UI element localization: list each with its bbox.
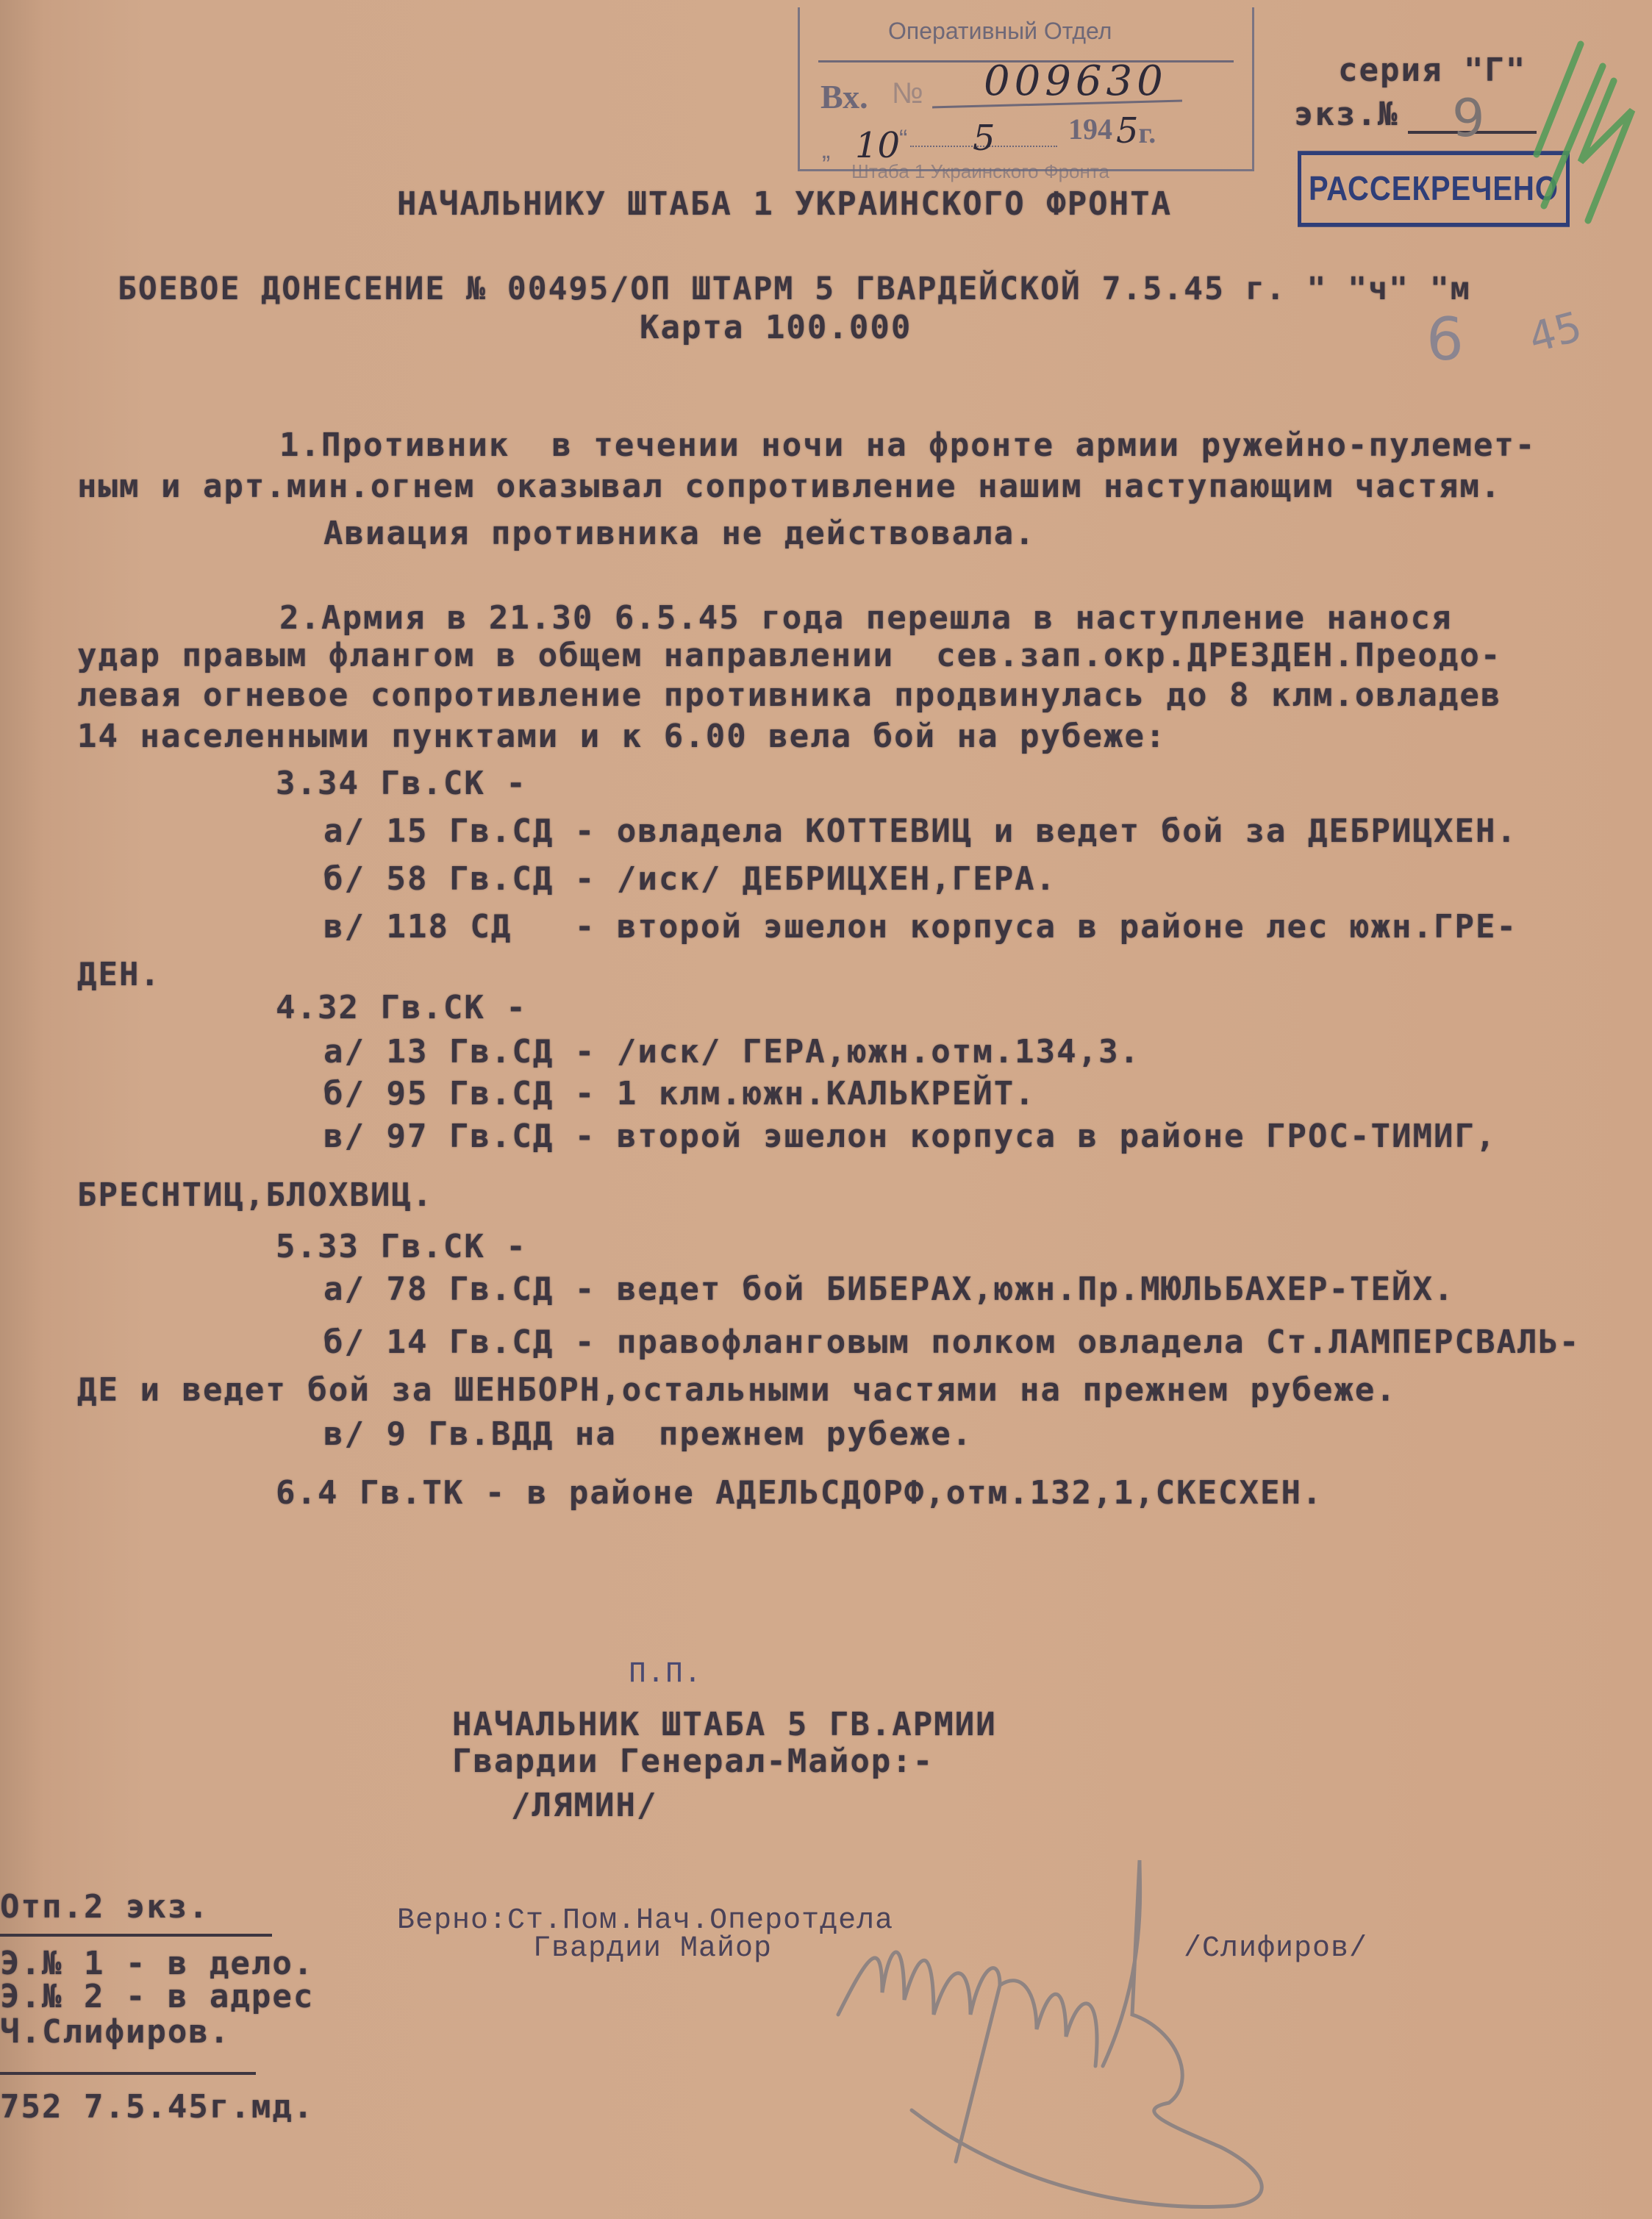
stamp-footer: Штаба 1 Украинского Фронта (851, 160, 1109, 183)
paragraph-2-line: удар правым флангом в общем направлении … (77, 637, 1501, 674)
paragraph-2-line: левая огневое сопротивление противника п… (77, 676, 1501, 714)
pp-mark: П.П. (629, 1658, 702, 1691)
tank-corps-line: 6.4 Гв.ТК - в районе АДЕЛЬСДОРФ,отм.132,… (276, 1474, 1323, 1512)
report-title: БОЕВОЕ ДОНЕСЕНИЕ № 00495/ОП ШТАРМ 5 ГВАР… (118, 271, 1471, 307)
paragraph-1-line: 1.Противник в течении ночи на фронте арм… (279, 426, 1536, 464)
paragraph-1-line: ным и арт.мин.огнем оказывал сопротивлен… (77, 468, 1501, 505)
footer-divider (0, 2072, 256, 2075)
copy-2-destination: Э.№ 2 - в адрес (0, 1978, 314, 2015)
copy-label: экз.№ (1294, 96, 1398, 133)
copy-1-destination: Э.№ 1 - в дело. (0, 1945, 314, 1982)
division-item-cont: ДЕН. (77, 956, 161, 993)
typist: Ч.Слифиров. (0, 2013, 230, 2051)
pencil-annotation-6: 6 (1426, 305, 1464, 374)
signatory-title: НАЧАЛЬНИК ШТАБА 5 ГВ.АРМИИ (452, 1706, 997, 1743)
signatory-rank: Гвардии Генерал-Майор:- (452, 1743, 934, 1780)
paragraph-2-line: 2.Армия в 21.30 6.5.45 года перешла в на… (279, 599, 1452, 637)
stamp-number-sign: № (892, 77, 923, 110)
stamp-department: Оперативный Отдел (888, 18, 1112, 45)
certification-line-2: Гвардии Майор (533, 1932, 772, 1965)
division-item: б/ 58 Гв.СД - /иск/ ДЕБРИЦХЕН,ГЕРА. (323, 860, 1056, 898)
division-item: б/ 95 Гв.СД - 1 клм.южн.КАЛЬКРЕЙТ. (323, 1075, 1036, 1112)
stamp-vx-label: Вх. (820, 77, 868, 116)
corps-34-heading: 3.34 Гв.СК - (276, 765, 527, 802)
division-item-cont: ДЕ и ведет бой за ШЕНБОРН,остальными час… (77, 1371, 1397, 1409)
green-pencil-mark (1492, 37, 1640, 228)
division-item: б/ 14 Гв.СД - правофланговым полком овла… (323, 1323, 1580, 1361)
stamp-year-suffix: 5г. (1116, 110, 1156, 151)
division-item: в/ 118 СД - второй эшелон корпуса в райо… (323, 908, 1517, 946)
signatory-name: /ЛЯМИН/ (511, 1787, 657, 1824)
division-item: а/ 13 Гв.СД - /иск/ ГЕРА,южн.отм.134,3. (323, 1033, 1140, 1071)
division-item: в/ 9 Гв.ВДД на прежнем рубеже. (323, 1415, 973, 1453)
stamp-month: 5 (973, 118, 995, 159)
division-item: в/ 97 Гв.СД - второй эшелон корпуса в ра… (323, 1118, 1496, 1155)
division-item: а/ 15 Гв.СД - овладела КОТТЕВИЦ и ведет … (323, 812, 1517, 850)
addressee: НАЧАЛЬНИКУ ШТАБА 1 УКРАИНСКОГО ФРОНТА (397, 185, 1172, 223)
paragraph-2-line: 14 населенными пунктами и к 6.00 вела бо… (77, 718, 1167, 755)
corps-32-heading: 4.32 Гв.СК - (276, 989, 527, 1026)
incoming-registration-stamp: Оперативный Отдел Вх. № 009630 „ 10 “ 5 … (798, 7, 1254, 171)
corps-33-heading: 5.33 Гв.СК - (276, 1228, 527, 1265)
reference-number: 752 7.5.45г.мд. (0, 2088, 314, 2126)
copies-count: Отп.2 экз. (0, 1888, 210, 1926)
paragraph-1-line: Авиация противника не действовала. (323, 515, 1036, 552)
handwritten-signature (823, 1845, 1412, 2213)
stamp-incoming-number: 009630 (984, 57, 1168, 105)
map-scale: Карта 100.000 (640, 309, 912, 346)
division-item-cont: БРЕСНТИЦ,БЛОХВИЦ. (77, 1176, 433, 1214)
footer-divider (0, 1934, 272, 1937)
pencil-annotation-45: 45 (1524, 303, 1587, 362)
stamp-year-prefix: 194 (1068, 112, 1112, 146)
copy-number-handwritten: 9 (1452, 88, 1485, 149)
division-item: а/ 78 Гв.СД - ведет бой БИБЕРАХ,южн.Пр.М… (323, 1271, 1454, 1308)
